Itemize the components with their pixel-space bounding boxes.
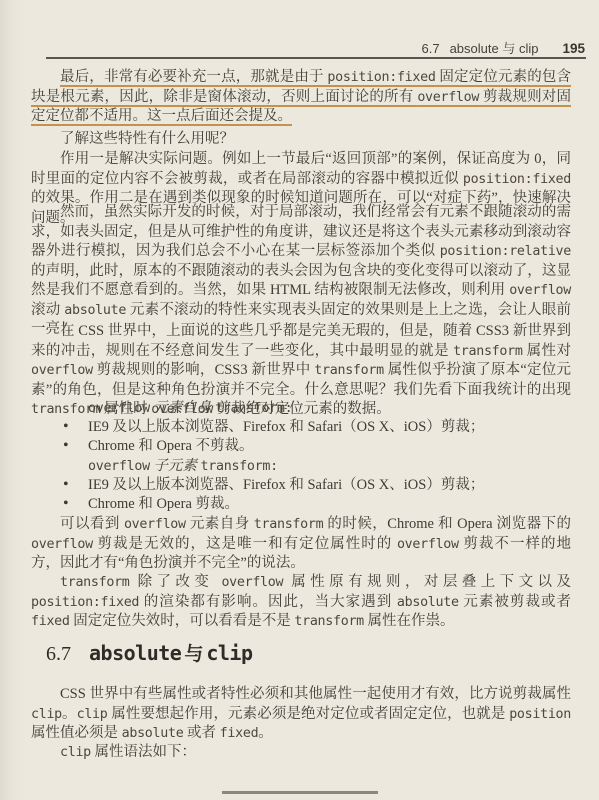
section-title-connector: 与: [184, 644, 203, 665]
list-item-text: Chrome 和 Opera 剪裁。: [88, 496, 239, 512]
bullet-icon: •: [63, 494, 69, 514]
list-item: • IE9 及以上版本浏览器、Firefox 和 Safari（OS X、iOS…: [31, 418, 571, 438]
body-paragraph-table-head: 然而，虽然实际开发的时候，对于局部滚动，我们经常会有元素不跟随滚动的需求，如表头…: [31, 203, 571, 340]
list-heading-self-transform: overflow 元素自身 transform:: [31, 399, 571, 419]
bottom-divider: [222, 791, 378, 794]
list-heading-child-transform: overflow 子元素 transform:: [31, 457, 571, 477]
list-item-text: IE9 及以上版本浏览器、Firefox 和 Safari（OS X、iOS）剪…: [88, 419, 484, 435]
body-paragraph-transform-effects: transform 除了改变 overflow 属性原有规则，对层叠上下文以及 …: [31, 573, 571, 632]
section-title-code-absolute: absolute: [89, 641, 181, 665]
list-item: • IE9 及以上版本浏览器、Firefox 和 Safari（OS X、iOS…: [31, 476, 571, 496]
bullet-icon: •: [63, 417, 69, 437]
list-item-text: IE9 及以上版本浏览器、Firefox 和 Safari（OS X、iOS）剪…: [88, 477, 484, 493]
section-title-code-clip: clip: [206, 641, 252, 665]
body-paragraph-conclusion: 可以看到 overflow 元素自身 transform 的时候，Chrome …: [31, 515, 571, 574]
highlighted-paragraph: 最后，非常有必要补充一点，那就是由于 position:fixed 固定定位元素…: [31, 68, 571, 127]
page-content: 最后，非常有必要补充一点，那就是由于 position:fixed 固定定位元素…: [0, 0, 599, 800]
body-paragraph-clip-intro: CSS 世界中有些属性或者特性必须和其他属性一起使用才有效，比方说剪裁属性 cl…: [31, 685, 571, 744]
body-paragraph-clip-syntax: clip 属性语法如下：: [31, 743, 571, 763]
section-heading: 6.7absolute与clip: [46, 639, 571, 667]
list-item: • Chrome 和 Opera 不剪裁。: [31, 437, 571, 457]
section-number: 6.7: [46, 643, 71, 665]
bullet-icon: •: [63, 475, 69, 495]
body-paragraph-uses: 了解这些特性有什么用呢？: [31, 130, 571, 150]
bullet-icon: •: [63, 436, 69, 456]
book-page: 6.7absolute 与 clip195 最后，非常有必要补充一点，那就是由于…: [0, 0, 599, 800]
list-item: • Chrome 和 Opera 剪裁。: [31, 495, 571, 515]
list-item-text: Chrome 和 Opera 不剪裁。: [88, 438, 254, 454]
